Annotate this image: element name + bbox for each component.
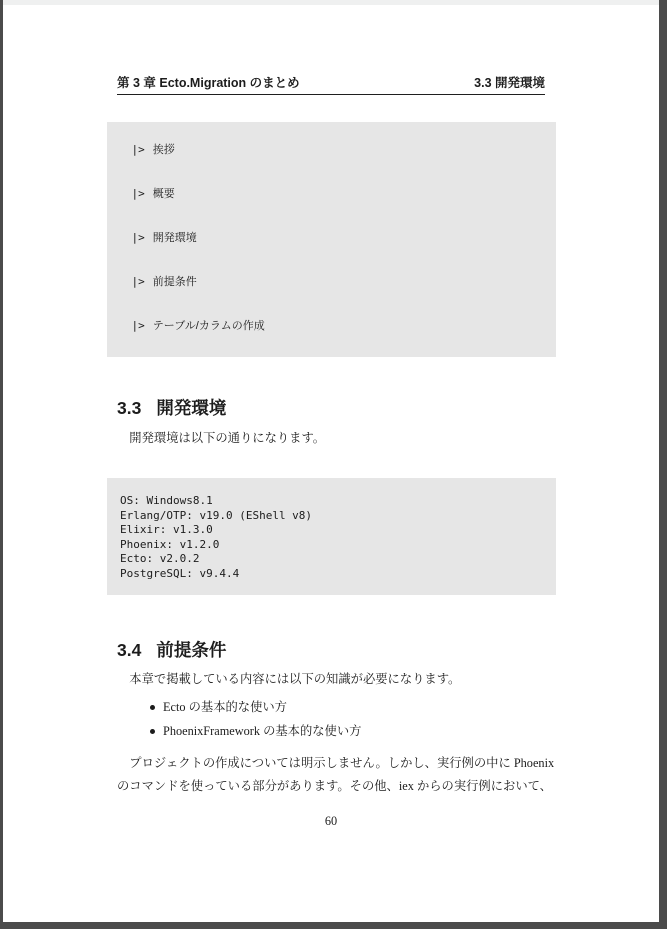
bullet-item: PhoenixFramework の基本的な使い方 (117, 720, 545, 744)
viewer-bottom-edge (0, 922, 667, 929)
section-3-4-paragraph: 本章で掲載している内容には以下の知識が必要になります。 (117, 672, 549, 687)
bullet-item: Ecto の基本的な使い方 (117, 696, 545, 720)
pipe-operator-prefix: |> (132, 187, 145, 200)
toc-item-label: 概要 (153, 188, 175, 200)
section-heading-3-3: 3.3開発環境 (117, 395, 226, 420)
code-line: Phoenix: v1.2.0 (120, 538, 556, 553)
toc-item-label: 開発環境 (153, 232, 197, 244)
toc-item: |>前提条件 (115, 260, 556, 304)
code-line: Ecto: v2.0.2 (120, 552, 556, 567)
section-3-3-paragraph: 開発環境は以下の通りになります。 (117, 431, 549, 446)
section-number: 3.3 (117, 398, 141, 418)
code-line: PostgreSQL: v9.4.4 (120, 567, 556, 582)
running-header-chapter: 第 3 章 Ecto.Migration のまとめ (117, 73, 300, 91)
pipe-operator-prefix: |> (132, 319, 145, 332)
closing-paragraph-line-1: プロジェクトの作成については明示しません。しかし、実行例の中に Phoenix (117, 752, 549, 775)
toc-item: |>開発環境 (115, 216, 556, 260)
document-page: 第 3 章 Ecto.Migration のまとめ 3.3 開発環境 |>挨拶 … (0, 0, 667, 929)
section-title: 開発環境 (156, 398, 226, 418)
section-title: 前提条件 (156, 640, 226, 660)
section-number: 3.4 (117, 640, 141, 660)
toc-item: |>挨拶 (115, 128, 556, 172)
running-header: 第 3 章 Ecto.Migration のまとめ 3.3 開発環境 (117, 72, 545, 95)
toc-item: |>テーブル/カラムの作成 (115, 304, 556, 348)
code-line: OS: Windows8.1 (120, 494, 556, 509)
pipe-operator-prefix: |> (132, 231, 145, 244)
viewer-right-edge (659, 0, 667, 929)
section-heading-3-4: 3.4前提条件 (117, 637, 226, 662)
environment-code-box: OS: Windows8.1Erlang/OTP: v19.0 (EShell … (107, 478, 556, 595)
toc-box: |>挨拶 |>概要 |>開発環境 |>前提条件 |>テーブル/カラムの作成 |>… (107, 122, 556, 357)
pipe-operator-prefix: |> (132, 143, 145, 156)
viewer-top-strip (0, 0, 667, 5)
closing-paragraph-line-2: のコマンドを使っている部分があります。その他、iex からの実行例において、 (117, 775, 549, 798)
toc-item: |>テーブル/カラム名のリネーム (115, 348, 556, 357)
closing-paragraph: プロジェクトの作成については明示しません。しかし、実行例の中に Phoenix … (117, 752, 549, 799)
code-line: Erlang/OTP: v19.0 (EShell v8) (120, 509, 556, 524)
running-header-section: 3.3 開発環境 (474, 73, 545, 91)
toc-item-label: テーブル/カラムの作成 (153, 320, 265, 332)
toc-item-label: 前提条件 (153, 276, 197, 288)
pipe-operator-prefix: |> (132, 275, 145, 288)
code-line: Elixir: v1.3.0 (120, 523, 556, 538)
viewer-left-edge (0, 0, 3, 929)
page-number: 60 (117, 814, 545, 829)
toc-item-label: 挨拶 (153, 144, 175, 156)
toc-item: |>概要 (115, 172, 556, 216)
prerequisite-bullet-list: Ecto の基本的な使い方PhoenixFramework の基本的な使い方 (117, 696, 545, 743)
